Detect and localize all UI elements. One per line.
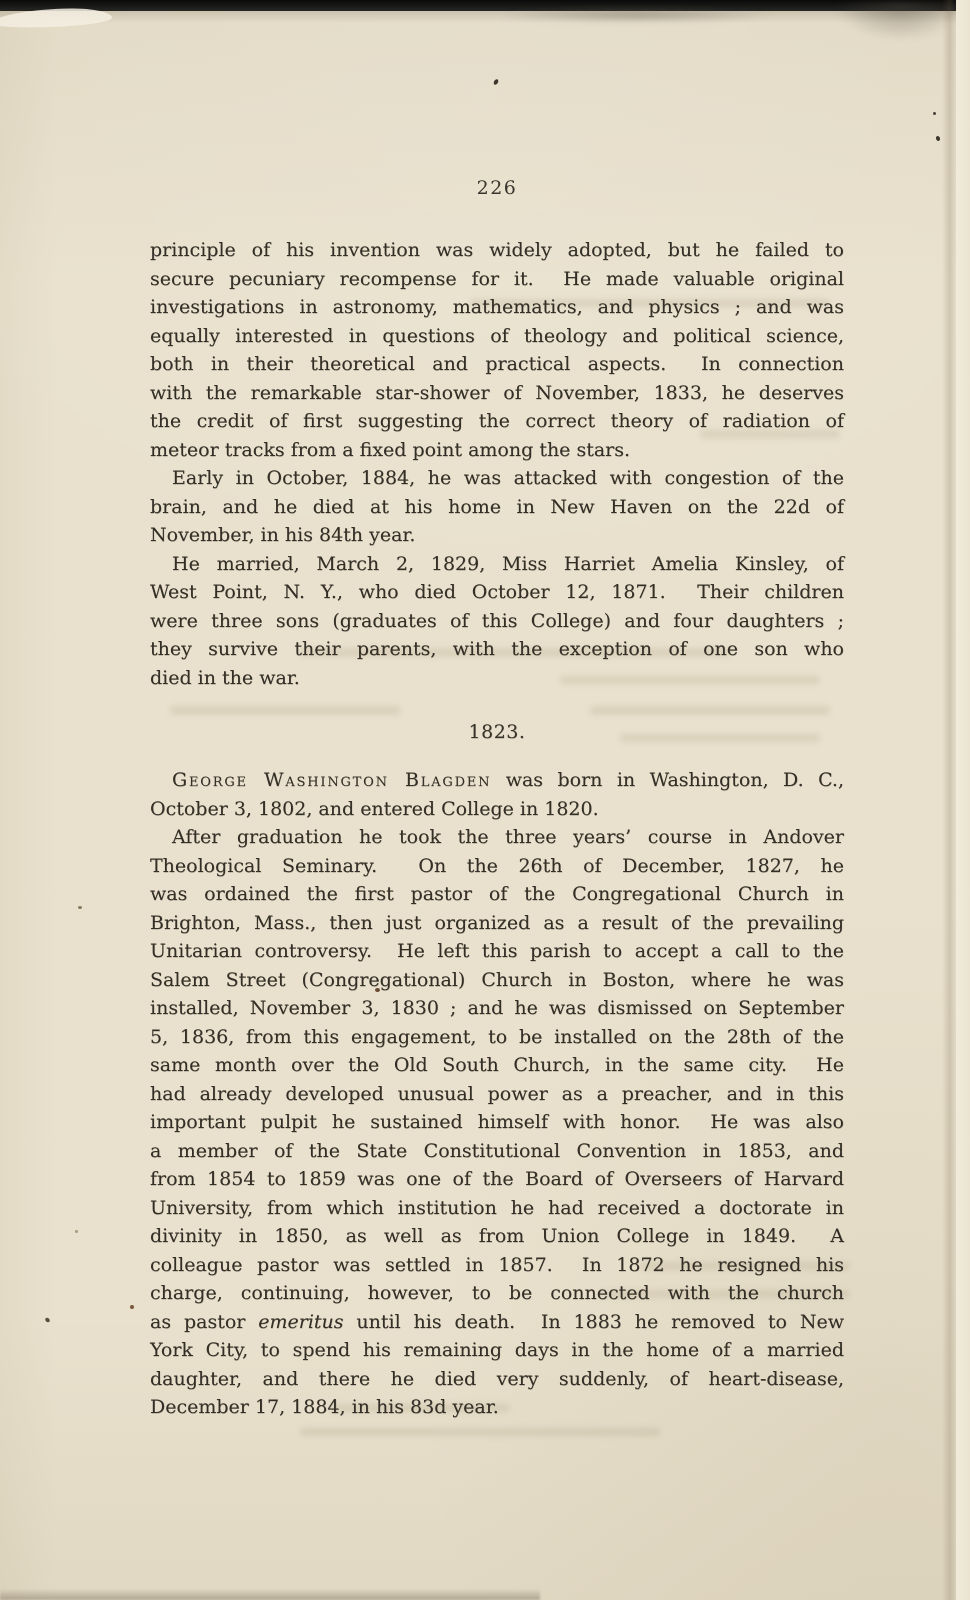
paragraph: After graduation he took the three years…	[150, 823, 844, 1422]
ink-speck	[75, 1230, 78, 1233]
ink-speck	[78, 906, 82, 909]
text-line: Salem Street (Congregational) Church in …	[150, 966, 844, 995]
text-line: were three sons (graduates of this Colle…	[150, 607, 844, 636]
paragraph: He married, March 2, 1829, Miss Harriet …	[150, 550, 844, 693]
text-line: same month over the Old South Church, in…	[150, 1051, 844, 1080]
text-line: University, from which institution he ha…	[150, 1194, 844, 1223]
text-line: daughter, and there he died very suddenl…	[150, 1365, 844, 1394]
text-line: was ordained the first pastor of the Con…	[150, 880, 844, 909]
text-line: October 3, 1802, and entered College in …	[150, 795, 844, 824]
text-line: with the remarkable star-shower of Novem…	[150, 379, 844, 408]
paragraph: principle of his invention was widely ad…	[150, 236, 844, 464]
text-line: Early in October, 1884, he was attacked …	[150, 464, 844, 493]
text-line: a member of the State Constitutional Con…	[150, 1137, 844, 1166]
scan-top-border	[0, 0, 970, 11]
text-line: from 1854 to 1859 was one of the Board o…	[150, 1165, 844, 1194]
text-segment: was born in Washington, D. C.,	[491, 769, 844, 791]
text-line: meteor tracks from a fixed point among t…	[150, 436, 844, 465]
ink-speck	[933, 112, 936, 115]
text-line: York City, to spend his remaining days i…	[150, 1336, 844, 1365]
text-line: installed, November 3, 1830 ; and he was…	[150, 994, 844, 1023]
page-text-block: principle of his invention was widely ad…	[150, 236, 844, 1422]
top-edge-shadow	[0, 11, 970, 23]
ink-speck	[493, 78, 499, 85]
page-edge-crease	[942, 0, 956, 1600]
text-line: the credit of first suggesting the corre…	[150, 407, 844, 436]
text-line: died in the war.	[150, 664, 844, 693]
ink-speck	[44, 1317, 50, 1323]
text-line: Unitarian controversy. He left this pari…	[150, 937, 844, 966]
text-line: 5, 1836, from this engagement, to be ins…	[150, 1023, 844, 1052]
text-line: as pastor emeritus until his death. In 1…	[150, 1308, 844, 1337]
italic-word: emeritus	[258, 1311, 343, 1333]
text-line: West Point, N. Y., who died October 12, …	[150, 578, 844, 607]
text-line: colleague pastor was settled in 1857. In…	[150, 1251, 844, 1280]
text-line: investigations in astronomy, mathematics…	[150, 293, 844, 322]
paragraph: Early in October, 1884, he was attacked …	[150, 464, 844, 550]
text-line: both in their theoretical and practical …	[150, 350, 844, 379]
person-name-smallcaps: George Washington Blagden	[172, 769, 491, 791]
text-line: important pulpit he sustained himself wi…	[150, 1108, 844, 1137]
text-line: principle of his invention was widely ad…	[150, 236, 844, 265]
section-year-heading: 1823.	[150, 722, 844, 742]
book-page-scan: 226 principle of his invention was widel…	[0, 0, 970, 1600]
text-line: divinity in 1850, as well as from Union …	[150, 1222, 844, 1251]
text-line: equally interested in questions of theol…	[150, 322, 844, 351]
top-smudge	[495, 7, 775, 23]
text-segment: as pastor	[150, 1311, 258, 1333]
text-line: they survive their parents, with the exc…	[150, 635, 844, 664]
text-line: He married, March 2, 1829, Miss Harriet …	[150, 550, 844, 579]
text-line: brain, and he died at his home in New Ha…	[150, 493, 844, 522]
paragraph: George Washington Blagden was born in Wa…	[150, 766, 844, 823]
page-edge-strip	[956, 0, 970, 1600]
text-line: secure pecuniary recompense for it. He m…	[150, 265, 844, 294]
text-line: George Washington Blagden was born in Wa…	[150, 766, 844, 795]
ink-speck	[130, 1305, 134, 1309]
bottom-edge-shadow	[0, 1589, 540, 1600]
text-line: Brighton, Mass., then just organized as …	[150, 909, 844, 938]
text-line: After graduation he took the three years…	[150, 823, 844, 852]
text-segment: until his death. In 1883 he removed to N…	[344, 1311, 844, 1333]
text-line: December 17, 1884, in his 83d year.	[150, 1393, 844, 1422]
text-line: Theological Seminary. On the 26th of Dec…	[150, 852, 844, 881]
page-number: 226	[150, 177, 844, 199]
text-line: charge, continuing, however, to be conne…	[150, 1279, 844, 1308]
text-line: had already developed unusual power as a…	[150, 1080, 844, 1109]
ink-speck	[935, 135, 940, 141]
showthrough-artifact	[300, 1428, 660, 1436]
text-line: November, in his 84th year.	[150, 521, 844, 550]
